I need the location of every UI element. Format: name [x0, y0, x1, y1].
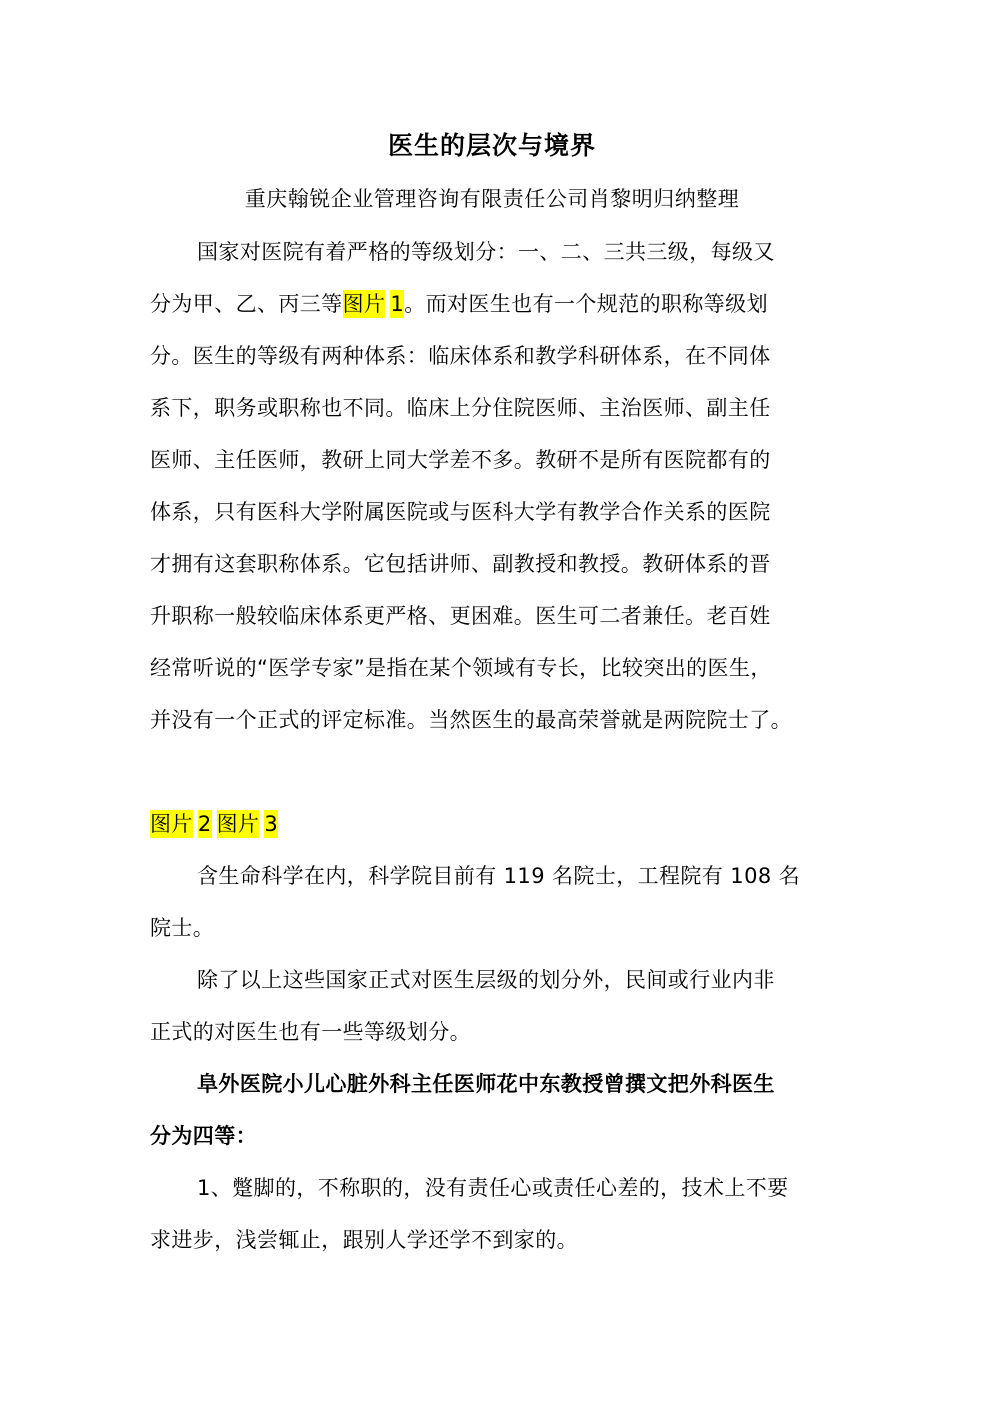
text-line: 正式的对医生也有一些等级划分。	[150, 1006, 834, 1058]
text-line: 1、蹩脚的，不称职的，没有责任心或责任心差的，技术上不要	[150, 1162, 834, 1214]
text-line: 院士。	[150, 902, 834, 954]
text-segment: 分为甲、乙、丙三等	[150, 292, 343, 316]
figure-ref-number[interactable]: 2	[198, 810, 212, 838]
figure-refs-line: 图片2图片3	[150, 798, 834, 850]
figure-ref-label[interactable]: 图片	[150, 810, 193, 838]
document-title: 医生的层次与境界	[150, 128, 834, 164]
figure-ref-number[interactable]: 1	[390, 290, 404, 318]
figure-ref-label[interactable]: 图片	[343, 290, 386, 318]
paragraph-academicians: 含生命科学在内，科学院目前有 119 名院士，工程院有 108 名 院士。	[150, 850, 834, 954]
text-line: 医师、主任医师，教研上同大学差不多。教研不是所有医院都有的	[150, 434, 834, 486]
paragraph-hospital-grading: 国家对医院有着严格的等级划分：一、二、三共三级，每级又 分为甲、乙、丙三等图片1…	[150, 226, 834, 746]
text-line: 并没有一个正式的评定标准。当然医生的最高荣誉就是两院院士了。	[150, 694, 834, 746]
text-line: 除了以上这些国家正式对医生层级的划分外，民间或行业内非	[150, 954, 834, 1006]
text-line: 系下，职务或职称也不同。临床上分住院医师、主治医师、副主任	[150, 382, 834, 434]
text-line: 求进步，浅尝辄止，跟别人学还学不到家的。	[150, 1214, 834, 1266]
text-line: 才拥有这套职称体系。它包括讲师、副教授和教授。教研体系的晋	[150, 538, 834, 590]
figure-ref-label[interactable]: 图片	[217, 810, 260, 838]
paragraph-grade-1: 1、蹩脚的，不称职的，没有责任心或责任心差的，技术上不要 求进步，浅尝辄止，跟别…	[150, 1162, 834, 1266]
text-line: 经常听说的“医学专家”是指在某个领域有专长，比较突出的医生，	[150, 642, 834, 694]
text-segment: 。而对医生也有一个规范的职称等级划	[404, 292, 768, 316]
text-line: 阜外医院小儿心脏外科主任医师花中东教授曾撰文把外科医生	[150, 1058, 834, 1110]
text-line: 含生命科学在内，科学院目前有 119 名院士，工程院有 108 名	[150, 850, 834, 902]
paragraph-informal-grading: 除了以上这些国家正式对医生层级的划分外，民间或行业内非 正式的对医生也有一些等级…	[150, 954, 834, 1058]
paragraph-four-grades-heading: 阜外医院小儿心脏外科主任医师花中东教授曾撰文把外科医生 分为四等：	[150, 1058, 834, 1162]
text-line: 国家对医院有着严格的等级划分：一、二、三共三级，每级又	[150, 226, 834, 278]
figure-ref-number[interactable]: 3	[264, 810, 278, 838]
text-line: 体系，只有医科大学附属医院或与医科大学有教学合作关系的医院	[150, 486, 834, 538]
text-line-with-figure-ref: 分为甲、乙、丙三等图片1。而对医生也有一个规范的职称等级划	[150, 278, 834, 330]
text-line: 升职称一般较临床体系更严格、更困难。医生可二者兼任。老百姓	[150, 590, 834, 642]
text-line: 分。医生的等级有两种体系：临床体系和教学科研体系，在不同体	[150, 330, 834, 382]
text-line: 分为四等：	[150, 1110, 834, 1162]
document-subtitle: 重庆翰锐企业管理咨询有限责任公司肖黎明归纳整理	[150, 183, 834, 215]
